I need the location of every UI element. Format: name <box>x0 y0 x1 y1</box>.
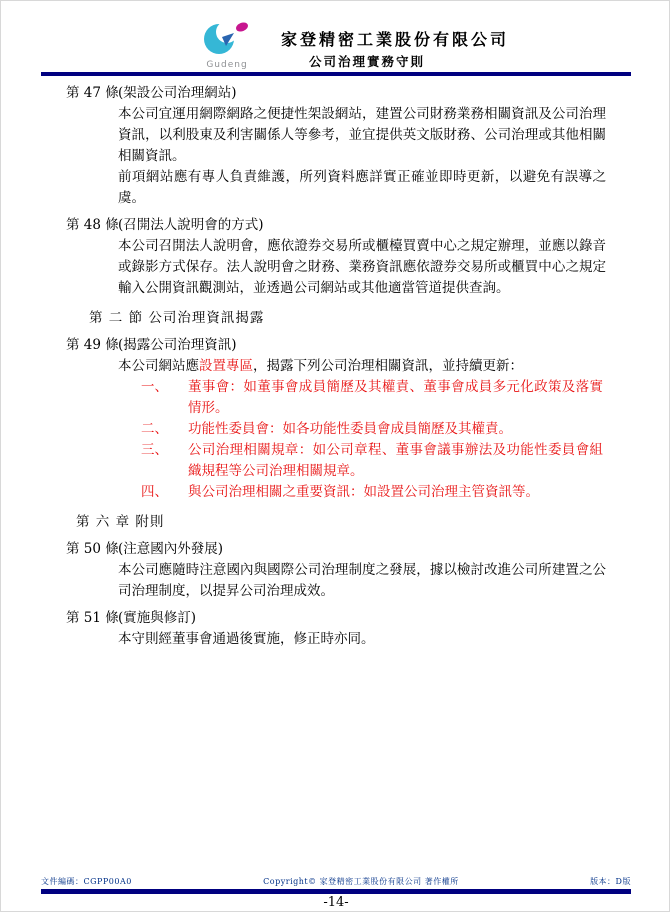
footer-doc-code: 文件編碼：CGPP00A0 <box>41 876 132 887</box>
article-47-heading: 第 47 條 (架設公司治理網站) <box>1 83 670 104</box>
article-47-paragraph-2: 前項網站應有專人負責維護，所列資料應詳實正確並即時更新，以避免有誤導之虞。 <box>118 167 606 209</box>
list-item-4: 四、 與公司治理相關之重要資訊：如設置公司治理主管資訊等。 <box>141 482 670 503</box>
page-footer: 文件編碼：CGPP00A0 Copyright© 家登精密工業股份有限公司 著作… <box>41 876 631 887</box>
gudeng-logo: Gudeng <box>197 18 257 70</box>
list-item-marker: 三、 <box>141 440 188 482</box>
page-number: -14- <box>1 895 670 910</box>
section-heading: 第 二 節 公司治理資訊揭露 <box>1 308 670 329</box>
article-number: 第 47 條 <box>66 83 118 104</box>
article-number: 第 50 條 <box>66 539 118 560</box>
document-body: 第 47 條 (架設公司治理網站) 本公司宜運用網際網路之便捷性架設網站，建置公… <box>1 83 670 656</box>
list-item-marker: 四、 <box>141 482 188 503</box>
chapter-heading: 第 六 章 附則 <box>1 512 670 533</box>
article-49: 第 49 條 (揭露公司治理資訊) 本公司網站應設置專區，揭露下列公司治理相關資… <box>1 335 670 503</box>
article-50-heading: 第 50 條 (注意國內外發展) <box>1 539 670 560</box>
list-item-text: 公司治理相關規章：如公司章程、董事會議事辦法及功能性委員會組織規程等公司治理相關… <box>188 440 603 482</box>
article-51-paragraph-1: 本守則經董事會通過後實施，修正時亦同。 <box>118 629 606 650</box>
article-50: 第 50 條 (注意國內外發展) 本公司應隨時注意國內與國際公司治理制度之發展，… <box>1 539 670 602</box>
intro-text-black: 本公司網站應 <box>118 358 199 374</box>
article-number: 第 49 條 <box>66 335 118 356</box>
header-divider <box>41 72 631 76</box>
footer-version: 版本：D版 <box>590 876 631 887</box>
list-item-text: 與公司治理相關之重要資訊：如設置公司治理主管資訊等。 <box>188 482 603 503</box>
list-item-marker: 二、 <box>141 419 188 440</box>
intro-text-black: ，揭露下列公司治理相關資訊，並持續更新： <box>253 358 523 374</box>
list-item-text: 功能性委員會：如各功能性委員會成員簡歷及其權責。 <box>188 419 603 440</box>
document-page: Gudeng 家登精密工業股份有限公司 公司治理實務守則 第 47 條 (架設公… <box>0 0 670 912</box>
article-51-heading: 第 51 條 (實施與修訂) <box>1 608 670 629</box>
article-48: 第 48 條 (召開法人說明會的方式) 本公司召開法人說明會，應依證券交易所或櫃… <box>1 215 670 299</box>
article-49-intro: 本公司網站應設置專區，揭露下列公司治理相關資訊，並持續更新： <box>118 356 606 377</box>
gudeng-logo-icon <box>199 18 255 56</box>
article-title: (召開法人說明會的方式) <box>118 215 264 236</box>
article-title: (實施與修訂) <box>118 608 196 629</box>
article-number: 第 51 條 <box>66 608 118 629</box>
company-name: 家登精密工業股份有限公司 <box>281 27 509 50</box>
article-49-heading: 第 49 條 (揭露公司治理資訊) <box>1 335 670 356</box>
footer-divider <box>41 889 631 894</box>
document-title: 公司治理實務守則 <box>281 52 453 70</box>
article-47: 第 47 條 (架設公司治理網站) 本公司宜運用網際網路之便捷性架設網站，建置公… <box>1 83 670 209</box>
article-title: (揭露公司治理資訊) <box>118 335 237 356</box>
article-51: 第 51 條 (實施與修訂) 本守則經董事會通過後實施，修正時亦同。 <box>1 608 670 650</box>
article-48-paragraph-1: 本公司召開法人說明會，應依證券交易所或櫃檯買賣中心之規定辦理，並應以錄音或錄影方… <box>118 236 606 299</box>
article-47-paragraph-1: 本公司宜運用網際網路之便捷性架設網站，建置公司財務業務相關資訊及公司治理資訊，以… <box>118 104 606 167</box>
list-item-3: 三、 公司治理相關規章：如公司章程、董事會議事辦法及功能性委員會組織規程等公司治… <box>141 440 670 482</box>
article-50-paragraph-1: 本公司應隨時注意國內與國際公司治理制度之發展，據以檢討改進公司所建置之公司治理制… <box>118 560 606 602</box>
list-item-1: 一、 董事會：如董事會成員簡歷及其權責、董事會成員多元化政策及落實情形。 <box>141 377 670 419</box>
article-48-heading: 第 48 條 (召開法人說明會的方式) <box>1 215 670 236</box>
intro-text-red: 設置專區 <box>199 358 253 374</box>
article-title: (注意國內外發展) <box>118 539 223 560</box>
article-number: 第 48 條 <box>66 215 118 236</box>
list-item-text: 董事會：如董事會成員簡歷及其權責、董事會成員多元化政策及落實情形。 <box>188 377 603 419</box>
footer-copyright: Copyright© 家登精密工業股份有限公司 著作權所 <box>263 876 459 887</box>
article-title: (架設公司治理網站) <box>118 83 237 104</box>
list-item-2: 二、 功能性委員會：如各功能性委員會成員簡歷及其權責。 <box>141 419 670 440</box>
list-item-marker: 一、 <box>141 377 188 419</box>
gudeng-logo-text: Gudeng <box>197 60 257 70</box>
